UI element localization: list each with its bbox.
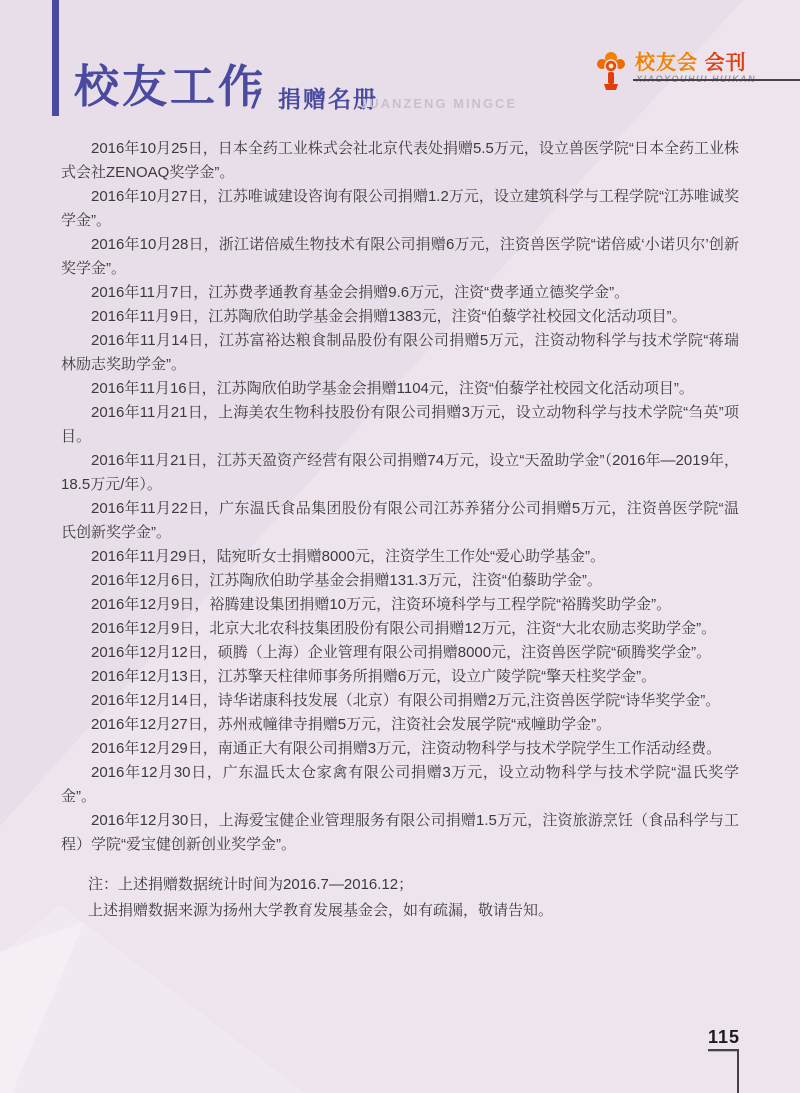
donation-record: 2016年11月22日，广东温氏食品集团股份有限公司江苏养猪分公司捐赠5万元，注… [61,497,739,545]
donation-record: 2016年12月29日，南通正大有限公司捐赠3万元，注资动物科学与技术学院学生工… [61,737,739,761]
footer-rule-horizontal [708,1049,739,1051]
donation-record: 2016年12月30日，上海爱宝健企业管理服务有限公司捐赠1.5万元，注资旅游烹… [61,809,739,857]
footer-rule-vertical [737,1049,739,1093]
donation-record: 2016年10月28日，浙江诺倍威生物技术有限公司捐赠6万元，注资兽医学院“诺倍… [61,233,739,281]
donation-record: 2016年12月30日，广东温氏太仓家禽有限公司捐赠3万元，设立动物科学与技术学… [61,761,739,809]
donation-record: 2016年12月27日，苏州戒幢律寺捐赠5万元，注资社会发展学院“戒幢助学金”。 [61,713,739,737]
header-accent-bar [52,0,59,116]
donation-record: 2016年11月16日，江苏陶欣伯助学基金会捐赠1104元，注资“伯藜学社校园文… [61,377,739,401]
donation-record: 2016年10月25日，日本全药工业株式会社北京代表处捐赠5.5万元，设立兽医学… [61,137,739,185]
page-title: 校友工作 [74,64,266,109]
journal-title-part1: 校友会 [635,52,698,74]
donation-record: 2016年12月13日，江苏擎天柱律师事务所捐赠6万元，设立广陵学院“擎天柱奖学… [61,665,739,689]
title-separator: / [252,86,260,113]
donation-record: 2016年11月29日，陆宛昕女士捐赠8000元，注资学生工作处“爱心助学基金”… [61,545,739,569]
donation-record: 2016年11月14日，江苏富裕达粮食制品股份有限公司捐赠5万元，注资动物科学与… [61,329,739,377]
donation-record: 2016年11月7日，江苏费孝通教育基金会捐赠9.6万元，注资“费孝通立德奖学金… [61,281,739,305]
journal-title-part2: 会刊 [705,52,747,74]
alumni-tree-icon [594,50,628,92]
donation-record: 2016年12月9日，裕腾建设集团捐赠10万元，注资环境科学与工程学院“裕腾奖助… [61,593,739,617]
header-rule [633,79,800,81]
page-number: 115 [708,1028,740,1046]
donation-record: 2016年12月6日，江苏陶欣伯助学基金会捐赠131.3万元，注资“伯藜助学金”… [61,569,739,593]
donation-list: 2016年10月25日，日本全药工业株式会社北京代表处捐赠5.5万元，设立兽医学… [61,137,739,924]
donation-record: 2016年11月21日，江苏天盈资产经营有限公司捐赠74万元，设立“天盈助学金”… [61,449,739,497]
note-line-1: 注：上述捐赠数据统计时间为2016.7—2016.12； [61,872,739,898]
donation-record: 2016年10月27日，江苏唯诚建设咨询有限公司捐赠1.2万元，设立建筑科学与工… [61,185,739,233]
donation-record: 2016年12月9日，北京大北农科技集团股份有限公司捐赠12万元，注资“大北农励… [61,617,739,641]
note-block: 注：上述捐赠数据统计时间为2016.7—2016.12；上述捐赠数据来源为扬州大… [61,872,739,924]
note-line-2: 上述捐赠数据来源为扬州大学教育发展基金会，如有疏漏，敬请告知。 [61,898,739,924]
donation-record: 2016年12月14日，诗华诺康科技发展（北京）有限公司捐赠2万元,注资兽医学院… [61,689,739,713]
donation-record: 2016年12月12日，硕腾（上海）企业管理有限公司捐赠8000元，注资兽医学院… [61,641,739,665]
journal-title: 校友会 会刊 [635,53,747,73]
subtitle-pinyin: JUANZENG MINGCE [360,97,517,110]
donation-record: 2016年11月21日，上海美农生物科技股份有限公司捐赠3万元，设立动物科学与技… [61,401,739,449]
donation-record: 2016年11月9日，江苏陶欣伯助学基金会捐赠1383元，注资“伯藜学社校园文化… [61,305,739,329]
alumni-journal-logo: 校友会 会刊 XIAOYOUHUI HUIKAN [594,50,800,82]
